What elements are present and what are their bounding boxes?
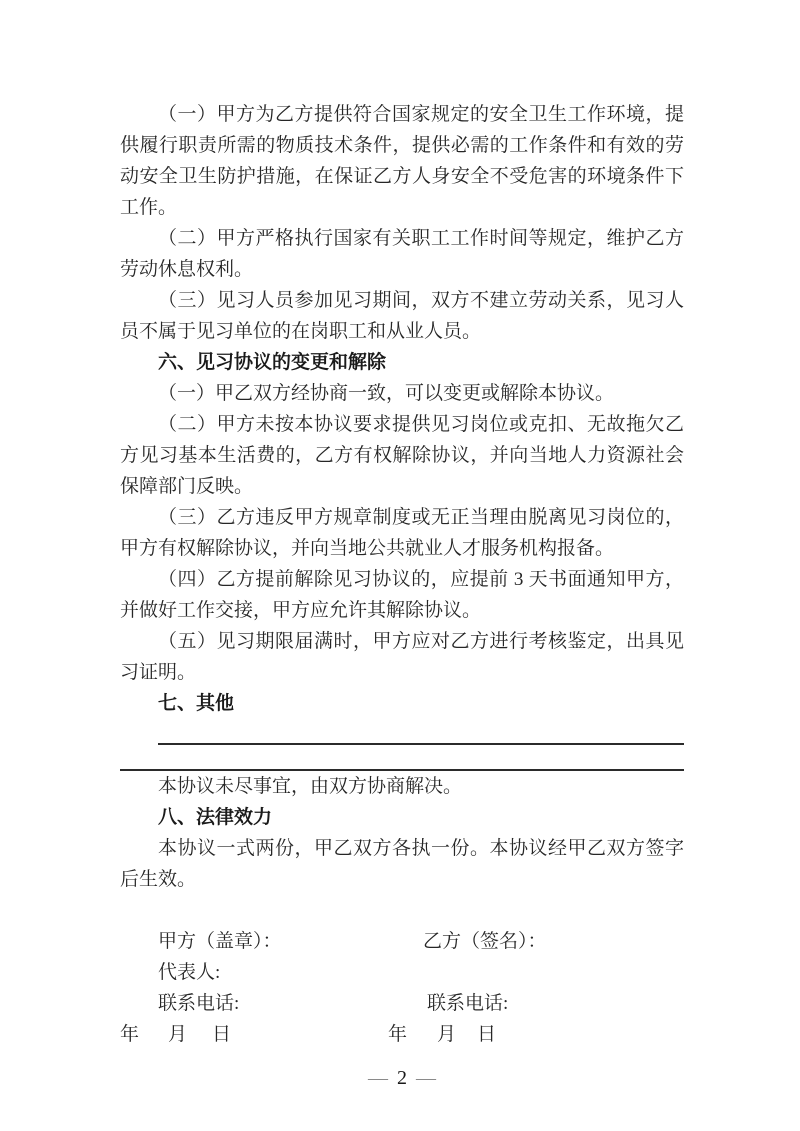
signature-gap xyxy=(120,895,684,926)
party-b-date-month-label: 月 xyxy=(437,1019,456,1050)
section-7-blank-fill-line-1 xyxy=(158,719,684,745)
clause-5-3-paragraph: （三）见习人员参加见习期间，双方不建立劳动关系，见习人员不属于见习单位的在岗职工… xyxy=(120,285,684,347)
document-page: （一）甲方为乙方提供符合国家规定的安全卫生工作环境，提供履行职责所需的物质技术条… xyxy=(0,0,800,1131)
section-8-heading: 八、法律效力 xyxy=(120,802,684,833)
section-7-heading: 七、其他 xyxy=(120,688,684,719)
section-7-blank-fill-line-2 xyxy=(120,745,684,771)
legal-effect-paragraph: 本协议一式两份，甲乙双方各执一份。本协议经甲乙双方签字后生效。 xyxy=(120,833,684,895)
clause-5-1-paragraph: （一）甲方为乙方提供符合国家规定的安全卫生工作环境，提供履行职责所需的物质技术条… xyxy=(120,99,684,223)
miscellaneous-clause-paragraph: 本协议未尽事宜，由双方协商解决。 xyxy=(120,771,684,802)
clause-6-3-paragraph: （三）乙方违反甲方规章制度或无正当理由脱离见习岗位的，甲方有权解除协议，并向当地… xyxy=(120,502,684,564)
clause-6-2-paragraph: （二）甲方未按本协议要求提供见习岗位或克扣、无故拖欠乙方见习基本生活费的，乙方有… xyxy=(120,409,684,502)
clause-6-1-paragraph: （一）甲乙双方经协商一致，可以变更或解除本协议。 xyxy=(120,378,684,409)
party-b-signature-label: 乙方（签名）： xyxy=(423,926,547,957)
party-a-date-year-label: 年 xyxy=(120,1019,139,1050)
page-number-right-dash: — xyxy=(416,1067,436,1089)
party-a-representative-label: 代表人: xyxy=(158,957,220,988)
clause-5-2-paragraph: （二）甲方严格执行国家有关职工工作时间等规定，维护乙方劳动休息权利。 xyxy=(120,223,684,285)
party-a-date-day-label: 日 xyxy=(212,1019,231,1050)
document-body: （一）甲方为乙方提供符合国家规定的安全卫生工作环境，提供履行职责所需的物质技术条… xyxy=(120,99,684,1094)
signature-block: 甲方（盖章）： 乙方（签名）： 代表人: 联系电话: 联系电话: 年 月 日 年… xyxy=(120,926,684,1050)
page-number-footer: —2— xyxy=(120,1063,684,1094)
party-b-phone-label: 联系电话: xyxy=(427,988,508,1019)
page-number: 2 xyxy=(397,1067,407,1089)
party-a-date-month-label: 月 xyxy=(168,1019,187,1050)
party-a-phone-label: 联系电话: xyxy=(158,988,239,1019)
clause-6-5-paragraph: （五）见习期限届满时，甲方应对乙方进行考核鉴定，出具见习证明。 xyxy=(120,626,684,688)
clause-6-4-paragraph: （四）乙方提前解除见习协议的，应提前 3 天书面通知甲方，并做好工作交接，甲方应… xyxy=(120,564,684,626)
party-b-date-year-label: 年 xyxy=(388,1019,407,1050)
party-a-seal-label: 甲方（盖章）： xyxy=(158,926,282,957)
page-number-left-dash: — xyxy=(368,1067,388,1089)
party-b-date-day-label: 日 xyxy=(477,1019,496,1050)
section-6-heading: 六、见习协议的变更和解除 xyxy=(120,347,684,378)
